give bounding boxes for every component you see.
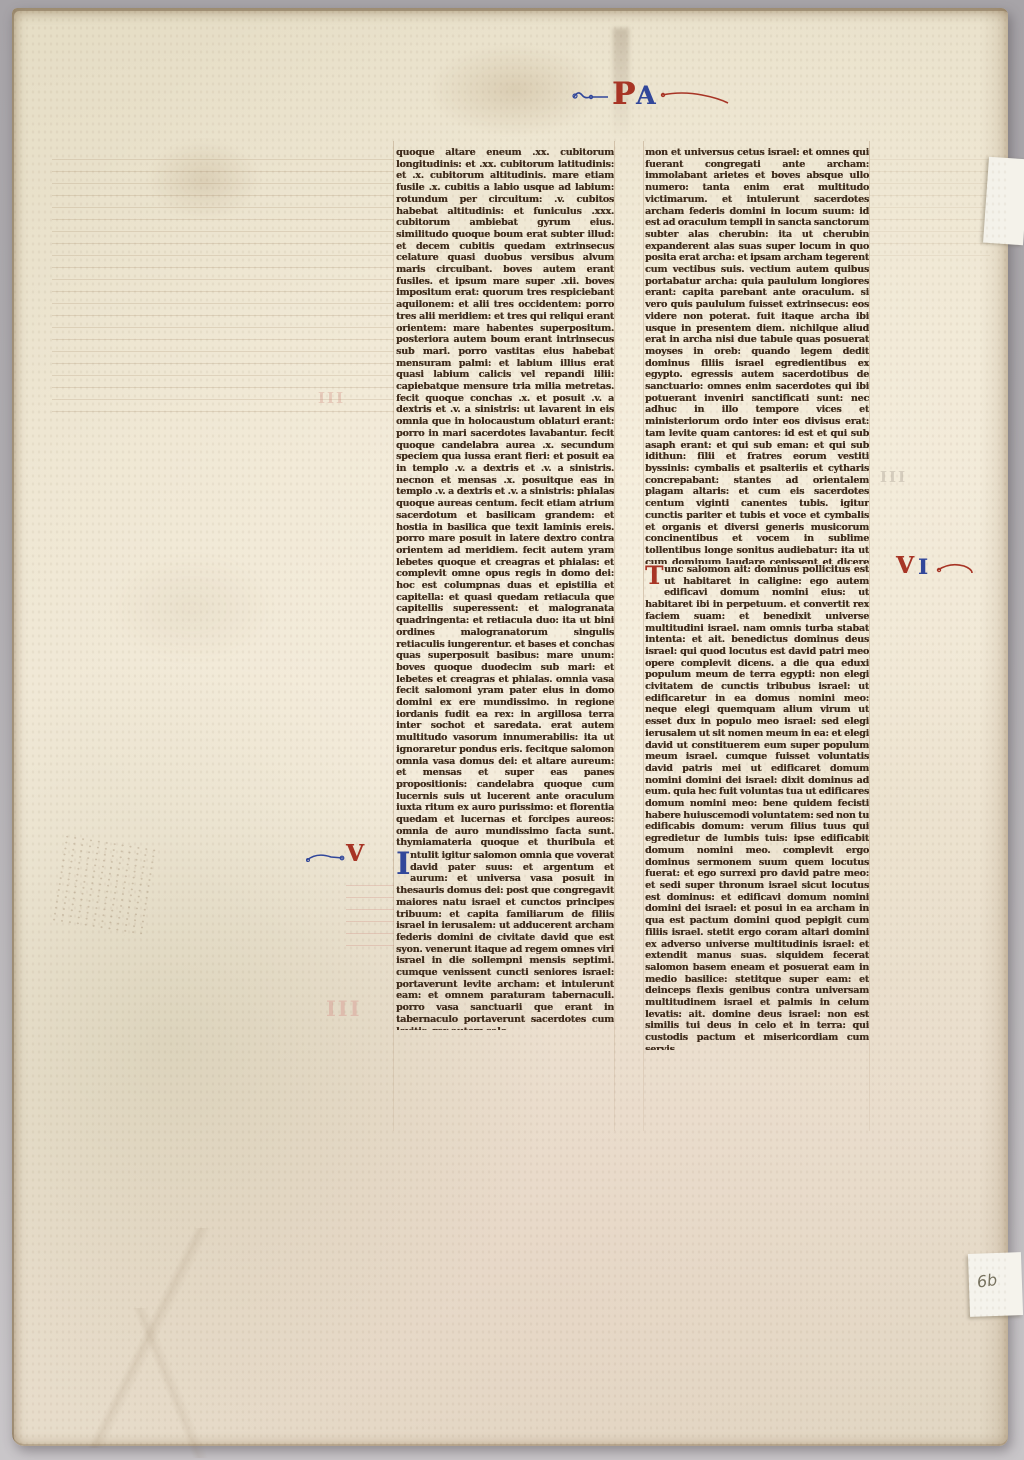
chapter-vi-numeral-v: V [896, 552, 914, 579]
parchment-freckles [49, 833, 158, 939]
chapter-vi-flourish-icon [936, 560, 974, 576]
paper-tab-blank [983, 157, 1024, 246]
text-column-a: quoque altare eneum .xx. cubitorum longi… [396, 147, 614, 1030]
showthrough-numeral: III [324, 996, 359, 1021]
column-rule [614, 141, 615, 1131]
column-a-chapter4-text: quoque altare eneum .xx. cubitorum longi… [396, 147, 614, 850]
text-column-b: mon et universus cetus israel: et omnes … [645, 147, 869, 1050]
column-b-chapter6-body: unc salomon ait: dominus pollicitus est … [645, 564, 869, 1050]
foliation-tag: 6b [968, 1252, 1023, 1317]
column-rule [869, 141, 870, 1131]
column-rule [393, 141, 394, 1131]
column-a-chapter5-body: ntulit igitur salomon omnia que voverat … [396, 850, 614, 1030]
crease-line [42, 1308, 302, 1458]
crease-line [26, 1228, 276, 1448]
running-title: P A [572, 74, 762, 118]
chapter-5-initial-i: I [396, 851, 407, 885]
showthrough-numeral: III [878, 468, 905, 486]
chapter-6-initial-t: T [645, 565, 662, 588]
column-rule [643, 141, 644, 1131]
column-a-chapter5-text: Intulit igitur salomon omnia que voverat… [396, 850, 614, 1030]
showthrough-numeral: III [316, 389, 343, 407]
column-b-chapter6-text: Tunc salomon ait: dominus pollicitus est… [645, 564, 869, 1050]
ruling-lines-top-right [870, 148, 990, 260]
running-title-letter-a: A [636, 81, 655, 110]
running-title-flourish-right-icon [660, 90, 730, 104]
stain-mid-left [72, 528, 312, 688]
running-title-letter-p: P [612, 76, 635, 112]
ruling-lines-mid-left [346, 874, 394, 954]
chapter-numeral-vi: V I [884, 552, 976, 588]
foliation-label: 6b [976, 1270, 999, 1292]
stain-top-left [124, 122, 284, 238]
chapter-v-flourish-icon [306, 850, 346, 864]
chapter-numeral-v: V [306, 840, 376, 872]
column-b-chapter5-text: mon et universus cetus israel: et omnes … [645, 147, 869, 564]
running-title-flourish-left-icon [572, 88, 614, 104]
chapter-vi-numeral-i: I [918, 554, 928, 579]
ruling-lines-top-left [52, 148, 394, 412]
photograph-backdrop: { "running_title": { "p": "P", "a": "A" … [0, 0, 1024, 1460]
manuscript-leaf: P A quoque altare eneum .xx. cubitorum l… [12, 8, 1008, 1446]
chapter-v-numeral: V [346, 840, 364, 867]
